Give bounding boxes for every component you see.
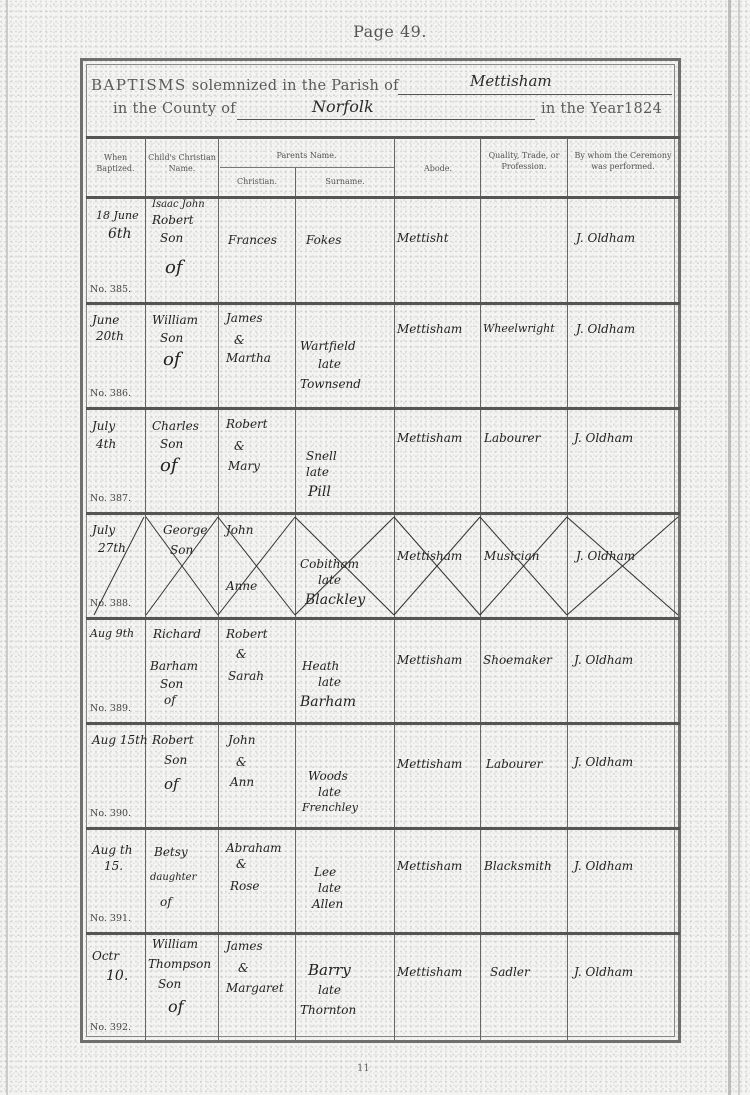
year-prefix: in the Year (541, 101, 624, 117)
col-header-parents-name: Parents Name. (219, 150, 394, 161)
child-name-line: Son (164, 754, 187, 768)
child-name-line: Son (158, 978, 181, 992)
col-header-child-name: Child's Christian Name. (146, 152, 218, 174)
parents-subheader-rule (220, 167, 394, 168)
entry-number: No. 387. (90, 493, 131, 504)
entry-date: Aug 15th (92, 734, 148, 748)
child-name-line: George (163, 524, 207, 538)
child-name-line: Son (160, 678, 183, 692)
row-rule-6 (86, 827, 680, 830)
parent-christian-name: Ann (230, 776, 254, 790)
footer-page-mark: 11 (357, 1063, 370, 1074)
abode: Mettisham (397, 550, 462, 564)
parent-surname-maiden: Frenchley (302, 802, 358, 815)
parent-surname: Heath (302, 660, 339, 674)
abode: Mettisham (397, 323, 462, 337)
entry-number: No. 391. (90, 913, 131, 924)
parent-ampersand: & (236, 648, 247, 662)
parent-christian-name: Robert (226, 628, 268, 642)
col-divider-6 (567, 138, 568, 1040)
row-rule-3 (86, 512, 680, 515)
parent-surname-maiden: Barham (300, 694, 356, 710)
parent-christian-name: James (226, 940, 263, 954)
child-name-line: of (165, 258, 183, 279)
col-header-when-baptized: When Baptized. (86, 152, 145, 174)
parent-christian-name: James (226, 312, 263, 326)
col-divider-5 (480, 138, 481, 1040)
page-number-label: Page 49. (0, 22, 750, 41)
parent-surname: Barry (308, 962, 351, 979)
entry-number: No. 388. (90, 598, 131, 609)
parent-surname-maiden: Allen (312, 898, 343, 912)
parent-surname-late: late (318, 786, 341, 800)
child-name-line: Richard (153, 628, 201, 642)
child-name-line: Son (160, 438, 183, 452)
parent-christian-name: Abraham (226, 842, 282, 856)
entry-date-day: 27th (98, 542, 126, 556)
col-divider-4 (394, 138, 395, 1040)
child-name-line: of (168, 998, 184, 1016)
parent-ampersand: & (236, 858, 247, 872)
child-name-line: Son (160, 232, 183, 246)
quality-trade: Labourer (486, 758, 542, 772)
entry-date-day: 4th (96, 438, 116, 452)
quality-trade: Blacksmith (484, 860, 552, 874)
child-name-line: of (164, 776, 179, 793)
parent-christian-name: John (226, 524, 254, 538)
parent-surname-late: late (318, 676, 341, 690)
abode: Mettisham (397, 860, 462, 874)
entry-date-day: 15. (104, 860, 123, 874)
officiant: J. Oldham (574, 860, 633, 874)
entry-date-day: 20th (96, 330, 124, 344)
parent-surname: Snell (306, 450, 337, 464)
parent-surname: Fokes (306, 234, 341, 248)
child-name-line: of (160, 456, 178, 477)
parent-christian-name: Anne (226, 580, 257, 594)
entry-number: No. 390. (90, 808, 131, 819)
child-name-line: daughter (150, 872, 196, 884)
county-prefix: in the County of (113, 101, 236, 117)
entry-date-day: 6th (108, 226, 132, 242)
child-name-line: William (152, 314, 198, 328)
parent-surname: Woods (308, 770, 348, 784)
entry-number: No. 392. (90, 1022, 131, 1033)
parent-surname-late: late (318, 358, 341, 372)
parent-surname-late: late (318, 984, 341, 998)
child-name-line: Isaac John (152, 199, 205, 211)
entry-date-day: 10. (106, 968, 128, 984)
quality-trade: Sadler (490, 966, 530, 980)
quality-trade: Labourer (484, 432, 540, 446)
entry-date: July (92, 420, 115, 434)
header-top-rule (86, 136, 680, 139)
parent-surname-late: late (318, 574, 341, 588)
parent-ampersand: & (234, 334, 245, 348)
county-fill-line (237, 119, 535, 120)
child-name-line: of (164, 694, 176, 708)
parent-surname: Lee (314, 866, 336, 880)
col-divider-2 (218, 138, 219, 1040)
row-rule-7 (86, 932, 680, 935)
parent-ampersand: & (234, 440, 245, 454)
abode: Mettisht (397, 232, 449, 246)
col-divider-3 (295, 168, 296, 1040)
child-name-line: Robert (152, 734, 194, 748)
page-edge-right-outer (738, 0, 740, 1095)
child-name-line: Robert (152, 214, 194, 228)
parent-christian-name: Margaret (226, 982, 284, 996)
parent-surname: Cobitham (300, 558, 359, 572)
officiant: J. Oldham (576, 323, 635, 337)
parent-christian-name: John (228, 734, 256, 748)
child-name-line: William (152, 938, 198, 952)
row-rule-5 (86, 722, 680, 725)
officiant: J. Oldham (574, 966, 633, 980)
quality-trade: Wheelwright (483, 323, 555, 336)
heading-line-1: BAPTISMS solemnized in the Parish of (91, 76, 399, 94)
heading-title-caps: BAPTISMS (91, 76, 187, 94)
officiant: J. Oldham (574, 756, 633, 770)
entry-number: No. 385. (90, 284, 131, 295)
page-edge-right (728, 0, 731, 1095)
parent-ampersand: & (236, 756, 247, 770)
parent-surname-late: late (306, 466, 329, 480)
parent-christian-name: Frances (228, 234, 277, 248)
parent-christian-name: Martha (226, 352, 271, 366)
parent-ampersand: & (238, 962, 249, 976)
row-rule-2 (86, 407, 680, 410)
col-header-abode: Abode. (396, 163, 480, 174)
parent-christian-name: Sarah (228, 670, 264, 684)
parent-surname-maiden: Pill (308, 484, 331, 500)
row-rule-4 (86, 617, 680, 620)
county-value: Norfolk (312, 97, 374, 116)
child-name-line: Son (160, 332, 183, 346)
officiant: J. Oldham (576, 232, 635, 246)
parent-christian-name: Rose (230, 880, 260, 894)
child-name-line: Thompson (148, 958, 211, 972)
parent-surname-maiden: Blackley (305, 592, 365, 608)
parent-surname-maiden: Townsend (300, 378, 361, 392)
parish-value: Mettisham (470, 72, 552, 90)
abode: Mettisham (397, 966, 462, 980)
entry-date: 18 June (96, 210, 139, 223)
col-header-parents-christian: Christian. (219, 176, 295, 187)
col-header-quality: Quality, Trade, or Profession. (482, 150, 566, 172)
entry-date: June (92, 314, 119, 328)
officiant: J. Oldham (574, 432, 633, 446)
row-rule-1 (86, 302, 680, 305)
officiant: J. Oldham (576, 550, 635, 564)
parent-surname-maiden: Thornton (300, 1004, 356, 1018)
child-name-line: Barham (150, 660, 198, 674)
parish-fill-line (398, 94, 672, 95)
entry-date: July (92, 524, 115, 538)
child-name-line: Charles (152, 420, 199, 434)
entry-date: Aug th (92, 844, 132, 858)
entry-date: Aug 9th (90, 628, 134, 641)
parent-surname: Wartfield (300, 340, 356, 354)
quality-trade: Shoemaker (483, 654, 552, 668)
officiant: J. Oldham (574, 654, 633, 668)
entry-date: Octr (92, 950, 119, 964)
entry-number: No. 389. (90, 703, 131, 714)
child-name-line: Betsy (154, 846, 188, 860)
abode: Mettisham (397, 758, 462, 772)
col-divider-1 (145, 138, 146, 1040)
year-value: 1824 (624, 101, 662, 117)
child-name-line: Son (170, 544, 193, 558)
col-header-by-whom: By whom the Ceremony was performed. (570, 150, 676, 172)
parent-christian-name: Robert (226, 418, 268, 432)
quality-trade: Musician (484, 550, 539, 564)
col-header-parents-surname: Surname. (296, 176, 394, 187)
entry-number: No. 386. (90, 388, 131, 399)
child-name-line: of (163, 350, 181, 371)
parent-christian-name: Mary (228, 460, 260, 474)
parent-surname-late: late (318, 882, 341, 896)
heading-title-rest: solemnized in the Parish of (192, 78, 399, 94)
abode: Mettisham (397, 432, 462, 446)
page-edge-left (6, 0, 8, 1095)
abode: Mettisham (397, 654, 462, 668)
child-name-line: of (160, 896, 172, 910)
